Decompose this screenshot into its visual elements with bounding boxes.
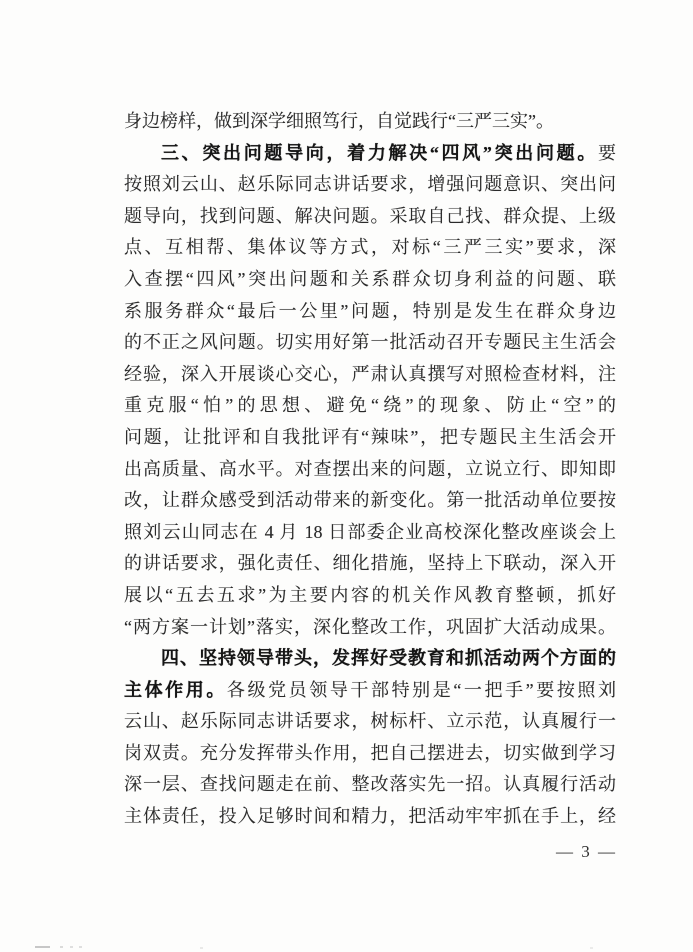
text-line: 题导向，找到问题、解决问题。采取自己找、群众提、上级 — [124, 201, 616, 233]
text-line: 入查摆“四风”突出问题和关系群众切身利益的问题、联 — [124, 264, 616, 296]
text-line: 问题，让批评和自我批评有“辣味”，把专题民主生活会开 — [124, 422, 616, 454]
text-line: 出高质量、高水平。对查摆出来的问题，立说立行、即知即 — [124, 454, 616, 486]
document-page: 身边榜样，做到深学细照笃行，自觉践行“三严三实”。 三、突出问题导向，着力解决“… — [0, 0, 693, 952]
document-body: 身边榜样，做到深学细照笃行，自觉践行“三严三实”。 三、突出问题导向，着力解决“… — [124, 106, 616, 833]
scan-artifact — [590, 947, 593, 949]
scan-artifact — [60, 946, 63, 948]
section-heading-4: 四、坚持领导带头，发挥好受教育和抓活动两个方面的 — [161, 648, 616, 668]
scan-artifact — [79, 946, 82, 948]
scan-artifact — [70, 946, 73, 948]
text-line: 系服务群众“最后一公里”问题，特别是发生在群众身边 — [124, 296, 616, 328]
scan-artifact — [35, 946, 50, 948]
text-line: 按照刘云山、赵乐际同志讲话要求，增强问题意识、突出问 — [124, 169, 616, 201]
text-line: 身边榜样，做到深学细照笃行，自觉践行“三严三实”。 — [124, 106, 616, 138]
section-heading-3: 三、突出问题导向，着力解决“四风”突出问题。 — [161, 143, 598, 163]
text-line: 展以“五去五求”为主要内容的机关作风教育整顿，抓好 — [124, 580, 616, 612]
text-line: 经验，深入开展谈心交心，严肃认真撰写对照检查材料，注 — [124, 359, 616, 391]
text-line: 点、互相帮、集体议等方式，对标“三严三实”要求，深 — [124, 232, 616, 264]
text-segment: 各级党员领导干部特别是“一把手”要按照刘 — [227, 680, 616, 700]
section-heading-4-tail: 主体作用。 — [124, 680, 227, 700]
text-line: 深一层、查找问题走在前、整改落实先一招。认真履行活动 — [124, 769, 616, 801]
text-line: 重克服“怕”的思想、避免“绕”的现象、防止“空”的 — [124, 390, 616, 422]
text-line: 的不正之风问题。切实用好第一批活动召开专题民主生活会 — [124, 327, 616, 359]
section-heading-4-continuation: 主体作用。各级党员领导干部特别是“一把手”要按照刘 — [124, 675, 616, 707]
section-heading-4-line: 四、坚持领导带头，发挥好受教育和抓活动两个方面的 — [124, 643, 616, 675]
text-line: 的讲话要求，强化责任、细化措施，坚持上下联动，深入开 — [124, 548, 616, 580]
text-line: “两方案一计划”落实，深化整改工作，巩固扩大活动成果。 — [124, 612, 616, 644]
text-segment: 要 — [598, 143, 616, 163]
text-line: 照刘云山同志在 4 月 18 日部委企业高校深化整改座谈会上 — [124, 517, 616, 549]
section-heading-3-line: 三、突出问题导向，着力解决“四风”突出问题。要 — [124, 138, 616, 170]
page-number: — 3 — — [556, 842, 617, 862]
text-line: 主体责任，投入足够时间和精力，把活动牢牢抓在手上，经 — [124, 801, 616, 833]
text-line: 云山、赵乐际同志讲话要求，树标杆、立示范，认真履行一 — [124, 706, 616, 738]
text-line: 改，让群众感受到活动带来的新变化。第一批活动单位要按 — [124, 485, 616, 517]
scan-artifact — [200, 947, 203, 949]
text-line: 岗双责。充分发挥带头作用，把自己摆进去，切实做到学习 — [124, 738, 616, 770]
